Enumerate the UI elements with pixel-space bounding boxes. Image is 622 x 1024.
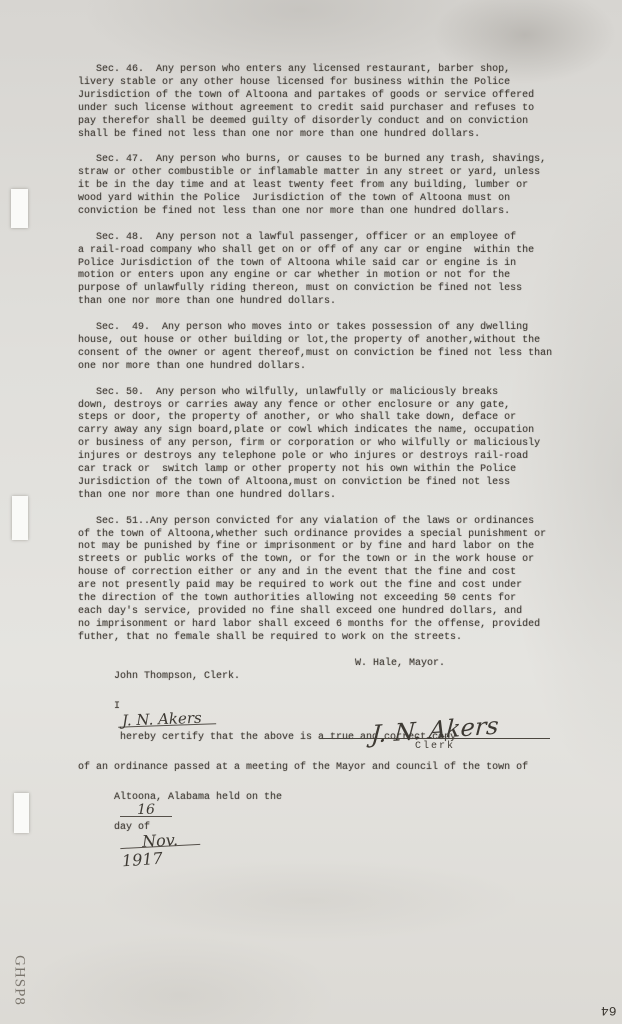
handwritten-month: Nov. — [120, 833, 201, 849]
section-51-paragraph: Sec. 51..Any person convicted for any vi… — [78, 516, 576, 645]
handwritten-year: 1917 — [122, 850, 164, 868]
handwritten-day: 16 — [120, 805, 172, 817]
certification-line-2: of an ordinance passed at a meeting of t… — [78, 760, 576, 775]
ordinance-text-block: Sec. 46. Any person who enters any licen… — [78, 64, 576, 886]
page-number-upside-down: 64 — [601, 1003, 617, 1018]
section-46-paragraph: Sec. 46. Any person who enters any licen… — [78, 64, 576, 141]
handwritten-certifier-name: J. N. Akers — [118, 712, 216, 727]
section-49-paragraph: Sec. 49. Any person who moves into or ta… — [78, 322, 576, 374]
certification-line-3: Altoona, Alabama held on the 16 day of N… — [78, 775, 576, 886]
section-48-paragraph: Sec. 48. Any person not a lawful passeng… — [78, 232, 576, 309]
section-47-paragraph: Sec. 47. Any person who burns, or causes… — [78, 154, 576, 219]
certification-line-3-text: Altoona, Alabama held on the — [114, 792, 282, 803]
section-50-paragraph: Sec. 50. Any person who wilfully, unlawf… — [78, 387, 576, 503]
archive-tape-tab-middle — [12, 496, 28, 540]
clerk-signature-block: J. N. Akers Clerk — [320, 718, 550, 752]
clerk-attestation: John Thompson, Clerk. — [114, 671, 240, 682]
scanned-ordinance-page: Sec. 46. Any person who enters any licen… — [0, 0, 622, 1024]
officials-row: John Thompson, Clerk. W. Hale, Mayor. — [78, 658, 576, 671]
archive-tape-tab-bottom — [14, 793, 29, 833]
certification-prefix: I — [114, 701, 120, 712]
archive-stamp-rotated: GHSP8 — [11, 949, 28, 1013]
archive-tape-tab-top — [11, 189, 28, 228]
mayor-attestation: W. Hale, Mayor. — [355, 658, 445, 671]
